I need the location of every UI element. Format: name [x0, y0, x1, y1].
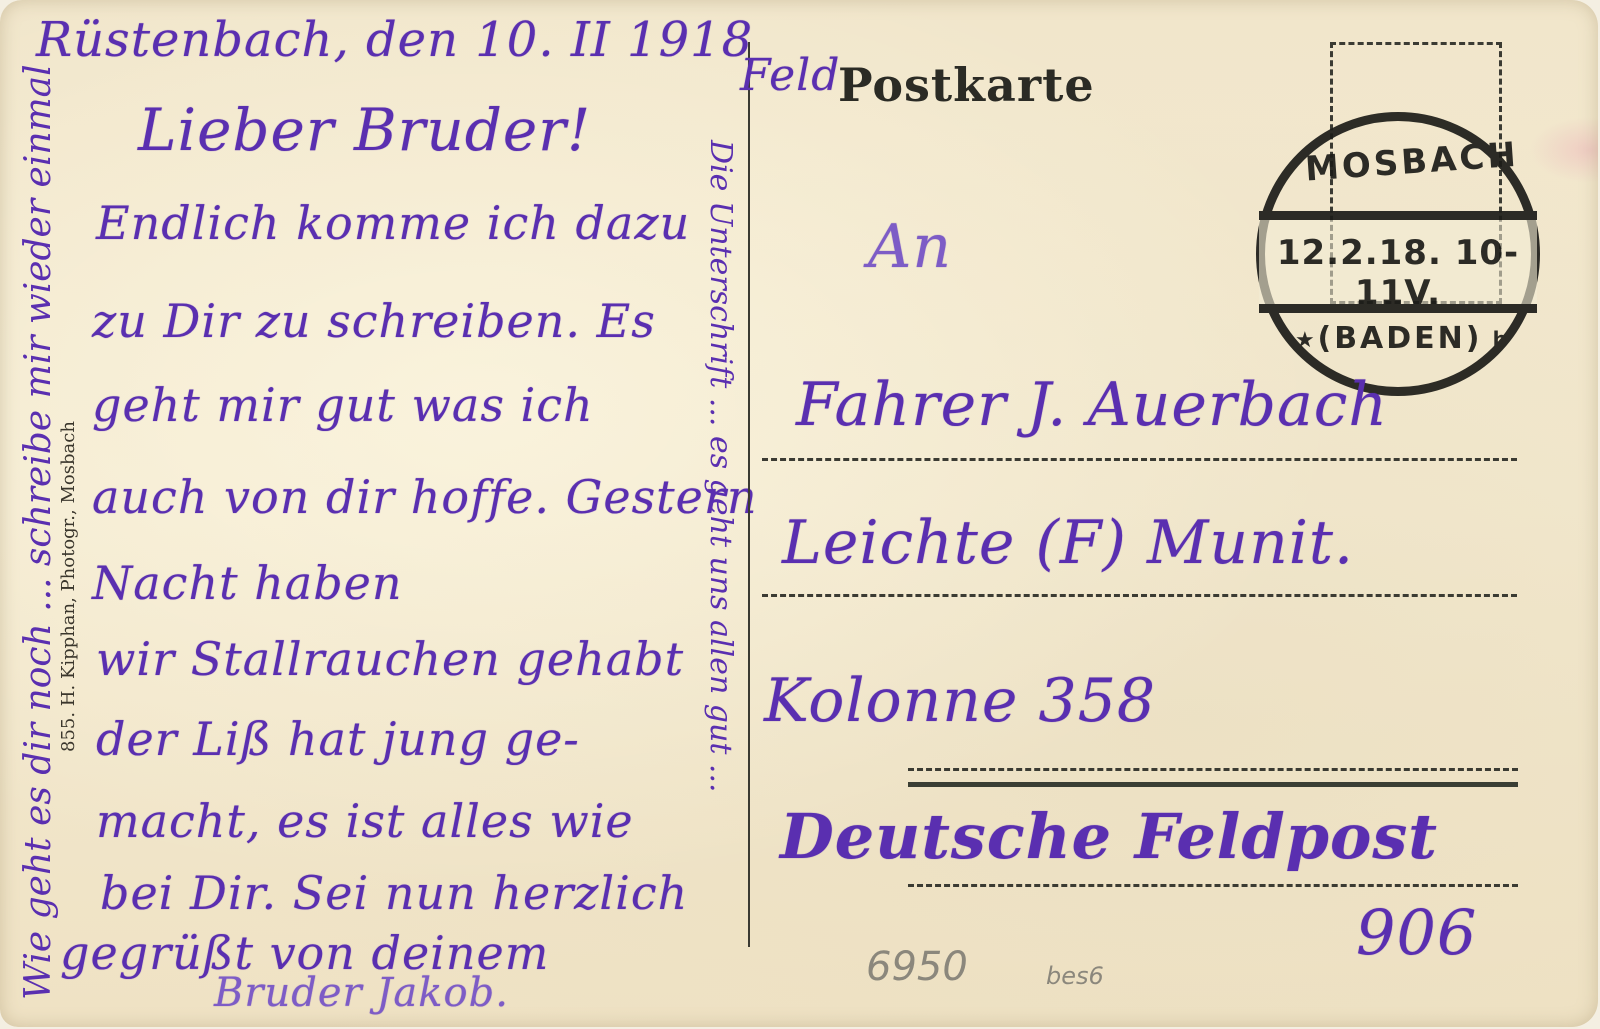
postmark-letter: b [1493, 327, 1507, 351]
postmark-date: 12.2.18. 10-11V. [1265, 233, 1531, 313]
postkarte-title: Postkarte [838, 58, 1095, 112]
pencil-note: 6950 [866, 944, 968, 990]
message-line: Endlich komme ich dazu [96, 196, 690, 250]
message-line: Nacht haben [92, 556, 403, 610]
address-line: 906 [1356, 896, 1477, 969]
center-divider [748, 42, 750, 947]
message-line: geht mir gut was ich [92, 378, 594, 432]
message-line: auch von dir hoffe. Gestern [92, 470, 758, 524]
signature: Bruder Jakob. [214, 970, 509, 1016]
address-rule-solid [908, 782, 1518, 787]
dateline: Rüstenbach, den 10. II 1918 [36, 12, 753, 68]
address-line: Fahrer J. Auerbach [796, 370, 1388, 440]
postcard: Rüstenbach, den 10. II 1918 Lieber Brude… [0, 0, 1598, 1027]
pencil-note: bes6 [1046, 962, 1104, 990]
message-line: zu Dir zu schreiben. Es [92, 294, 656, 348]
address-rule [762, 594, 1517, 597]
address-rule [908, 768, 1518, 771]
address-line: Kolonne 358 [764, 666, 1156, 736]
address-to: An [868, 212, 952, 282]
salutation: Lieber Bruder! [138, 96, 591, 164]
message-line: der Liß hat jung ge- [96, 712, 580, 766]
margin-note-left: Wie geht es dir noch ... schreibe mir wi… [18, 64, 59, 1000]
message-line: wir Stallrauchen gehabt [96, 632, 684, 686]
message-line: bei Dir. Sei nun herzlich [100, 866, 688, 920]
postmark-region: (BADEN) [1305, 321, 1495, 356]
margin-note-right: Die Unterschrift ... es geht uns allen g… [703, 140, 738, 793]
address-line: Leichte (F) Munit. [782, 508, 1354, 578]
postmark: MOSBACH 12.2.18. 10-11V. ★ (BADEN) b [1256, 112, 1540, 396]
address-rule [908, 884, 1518, 887]
imprint-text: 855. H. Kipphan, Photogr., Mosbach [58, 421, 79, 752]
address-rule [762, 458, 1517, 461]
publisher-imprint: 855. H. Kipphan, Photogr., Mosbach [58, 252, 82, 752]
address-line: Deutsche Feldpost [780, 800, 1438, 873]
message-line: macht, es ist alles wie [96, 794, 634, 848]
feld-prefix: Feld [740, 50, 840, 101]
postmark-city: MOSBACH [1304, 136, 1496, 189]
